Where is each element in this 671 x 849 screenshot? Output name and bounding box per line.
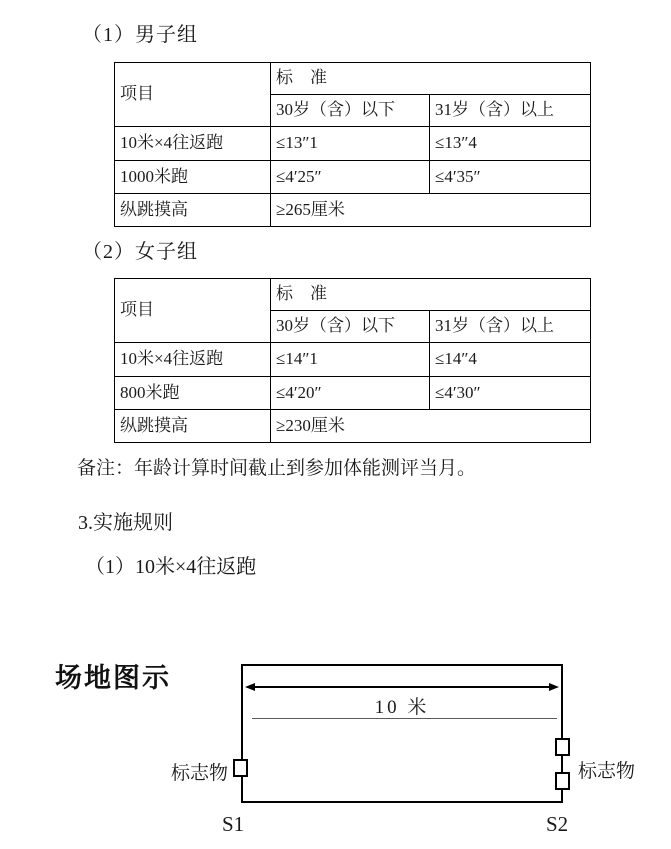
women-row-run-item: 800米跑 <box>115 377 271 410</box>
distance-underline <box>252 718 557 719</box>
men-col-standard: 标 准 <box>271 63 591 95</box>
men-row-run-under30: ≤4′25″ <box>271 161 430 194</box>
marker-square-right-top <box>555 738 570 756</box>
table-row: 项目 标 准 <box>115 279 591 311</box>
women-col-item: 项目 <box>115 279 271 343</box>
rules-sub-heading: （1）10米×4往返跑 <box>85 550 256 579</box>
arrowhead-left-icon <box>245 683 255 691</box>
table-row: 纵跳摸高 ≥230厘米 <box>115 410 591 443</box>
women-row-shuttle-item: 10米×4往返跑 <box>115 343 271 377</box>
men-row-run-over31: ≤4′35″ <box>430 161 591 194</box>
diagram-title: 场地图示 <box>55 656 171 695</box>
women-row-jump-value: ≥230厘米 <box>271 410 591 443</box>
men-row-shuttle-over31: ≤13″4 <box>430 127 591 161</box>
rules-heading: 3.实施规则 <box>78 506 173 535</box>
women-row-shuttle-over31: ≤14″4 <box>430 343 591 377</box>
men-row-jump-item: 纵跳摸高 <box>115 194 271 227</box>
women-row-run-under30: ≤4′20″ <box>271 377 430 410</box>
men-row-shuttle-under30: ≤13″1 <box>271 127 430 161</box>
document-page: { "sections": { "men_heading": "（1）男子组",… <box>0 0 671 849</box>
women-col-under30: 30岁（含）以下 <box>271 311 430 343</box>
end-point-label: S2 <box>546 812 568 837</box>
men-standards-table: 项目 标 准 30岁（含）以下 31岁（含）以上 10米×4往返跑 ≤13″1 … <box>114 62 591 227</box>
men-group-heading: （1）男子组 <box>82 18 198 47</box>
court-rectangle <box>241 664 563 803</box>
marker-square-left <box>233 759 248 777</box>
women-group-heading: （2）女子组 <box>82 235 198 264</box>
table-row: 1000米跑 ≤4′25″ ≤4′35″ <box>115 161 591 194</box>
marker-label-left: 标志物 <box>150 758 228 785</box>
marker-square-right-bottom <box>555 772 570 790</box>
distance-label: 10 米 <box>241 692 563 719</box>
start-point-label: S1 <box>222 812 244 837</box>
men-col-item: 项目 <box>115 63 271 127</box>
women-standards-table: 项目 标 准 30岁（含）以下 31岁（含）以上 10米×4往返跑 ≤14″1 … <box>114 278 591 443</box>
table-row: 10米×4往返跑 ≤13″1 ≤13″4 <box>115 127 591 161</box>
arrowhead-right-icon <box>549 683 559 691</box>
women-row-shuttle-under30: ≤14″1 <box>271 343 430 377</box>
dimension-line <box>254 686 550 688</box>
men-row-run-item: 1000米跑 <box>115 161 271 194</box>
women-col-over31: 31岁（含）以上 <box>430 311 591 343</box>
men-row-shuttle-item: 10米×4往返跑 <box>115 127 271 161</box>
table-row: 800米跑 ≤4′20″ ≤4′30″ <box>115 377 591 410</box>
women-col-standard: 标 准 <box>271 279 591 311</box>
women-row-run-over31: ≤4′30″ <box>430 377 591 410</box>
men-col-under30: 30岁（含）以下 <box>271 95 430 127</box>
marker-label-right: 标志物 <box>578 756 635 783</box>
men-row-jump-value: ≥265厘米 <box>271 194 591 227</box>
table-row: 纵跳摸高 ≥265厘米 <box>115 194 591 227</box>
note-text: 备注：年龄计算时间截止到参加体能测评当月。 <box>77 453 476 480</box>
table-row: 项目 标 准 <box>115 63 591 95</box>
table-row: 10米×4往返跑 ≤14″1 ≤14″4 <box>115 343 591 377</box>
men-col-over31: 31岁（含）以上 <box>430 95 591 127</box>
women-row-jump-item: 纵跳摸高 <box>115 410 271 443</box>
